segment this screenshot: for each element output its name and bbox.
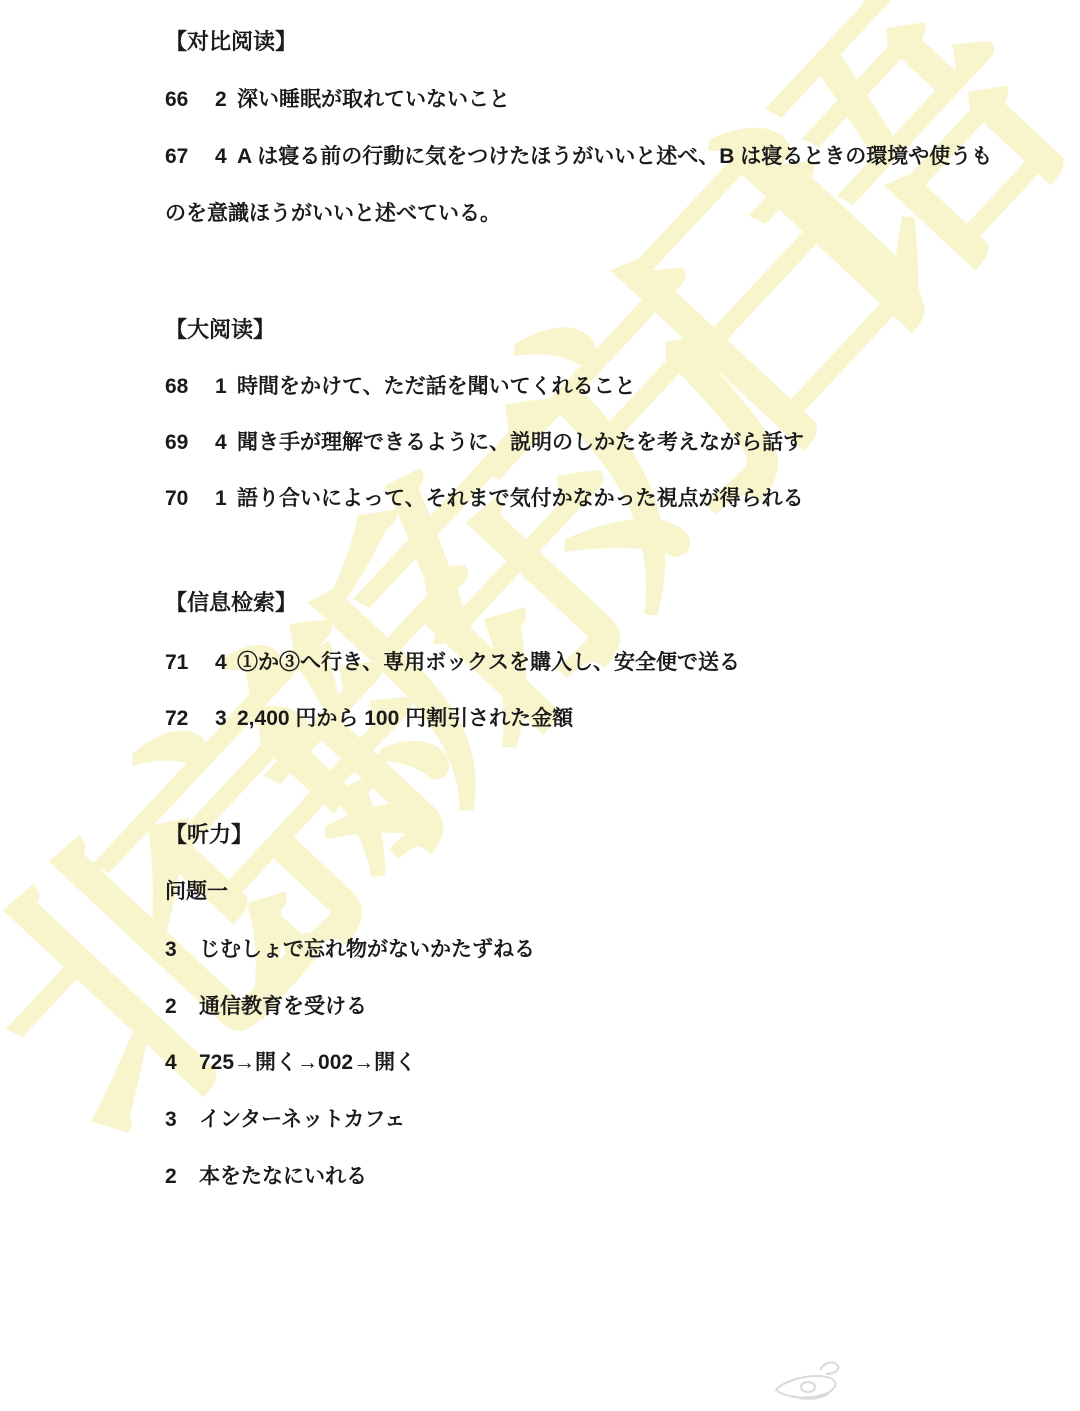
question-number: 71: [165, 650, 215, 676]
answer-text: 語り合いによって、それまで気付かなかった視点が得られる: [237, 486, 804, 512]
listening-answer-row-2: 2 通信教育を受ける: [165, 994, 367, 1020]
answer-text: 725→開く→002→開く: [199, 1050, 416, 1076]
answer-choice: 3: [215, 706, 237, 732]
listening-answer-row-3: 4 725→開く→002→開く: [165, 1050, 416, 1076]
question-number: 69: [165, 430, 215, 456]
answer-row-72: 72 3 2,400 円から 100 円割引された金額: [165, 706, 573, 732]
answer-text-continuation: のを意識ほうがいいと述べている。: [165, 201, 501, 227]
answer-choice: 3: [165, 1107, 199, 1133]
answer-choice: 3: [165, 937, 199, 963]
answer-row-70: 70 1 語り合いによって、それまで気付かなかった視点が得られる: [165, 486, 804, 512]
answer-row-71: 71 4 ①か③へ行き、専用ボックスを購入し、安全便で送る: [165, 650, 740, 676]
answer-text: 時間をかけて、ただ話を聞いてくれること: [237, 374, 636, 400]
question-number: 68: [165, 374, 215, 400]
question-number: 72: [165, 706, 215, 732]
answer-choice: 4: [215, 650, 237, 676]
answer-choice: 2: [165, 1164, 199, 1190]
section-heading-listening: 【听力】: [165, 822, 253, 848]
question-number: 70: [165, 486, 215, 512]
document-page: 北京新东方日语 【对比阅读】 66 2 深い睡眠が取れていないこと 67 4 A…: [0, 0, 1080, 1411]
question-number: 66: [165, 87, 215, 113]
listening-part-subheading: 问题一: [165, 879, 228, 905]
answer-choice: 1: [215, 486, 237, 512]
answer-choice: 2: [215, 87, 237, 113]
answer-text: 2,400 円から 100 円割引された金額: [237, 706, 573, 732]
listening-answer-row-5: 2 本をたなにいれる: [165, 1164, 367, 1190]
listening-answer-row-4: 3 インターネットカフェ: [165, 1107, 405, 1133]
answer-text: 深い睡眠が取れていないこと: [237, 87, 510, 113]
answer-choice: 1: [215, 374, 237, 400]
answer-text: ①か③へ行き、専用ボックスを購入し、安全便で送る: [237, 650, 740, 676]
answer-row-67: 67 4 A は寝る前の行動に気をつけたほうがいいと述べ、B は寝るときの環境や…: [165, 144, 992, 170]
section-heading-comparative-reading: 【对比阅读】: [165, 29, 297, 55]
answer-choice: 4: [215, 144, 237, 170]
answer-text: じむしょで忘れ物がないかたずねる: [199, 937, 535, 963]
section-heading-information-retrieval: 【信息检索】: [165, 590, 297, 616]
answer-choice: 2: [165, 994, 199, 1020]
answer-text: インターネットカフェ: [199, 1107, 405, 1133]
listening-answer-row-1: 3 じむしょで忘れ物がないかたずねる: [165, 937, 535, 963]
answer-text: A は寝る前の行動に気をつけたほうがいいと述べ、B は寝るときの環境や使うも: [237, 144, 992, 170]
answer-row-68: 68 1 時間をかけて、ただ話を聞いてくれること: [165, 374, 636, 400]
answer-text: 本をたなにいれる: [199, 1164, 367, 1190]
answer-choice: 4: [165, 1050, 199, 1076]
answer-text: 聞き手が理解できるように、説明のしかたを考えながら話す: [237, 430, 804, 456]
answer-row-69: 69 4 聞き手が理解できるように、説明のしかたを考えながら話す: [165, 430, 804, 456]
answer-row-66: 66 2 深い睡眠が取れていないこと: [165, 87, 510, 113]
answer-choice: 4: [215, 430, 237, 456]
answer-text: 通信教育を受ける: [199, 994, 367, 1020]
answer-sheet: 【对比阅读】 66 2 深い睡眠が取れていないこと 67 4 A は寝る前の行動…: [0, 0, 1080, 1411]
section-heading-long-reading: 【大阅读】: [165, 317, 275, 343]
question-number: 67: [165, 144, 215, 170]
